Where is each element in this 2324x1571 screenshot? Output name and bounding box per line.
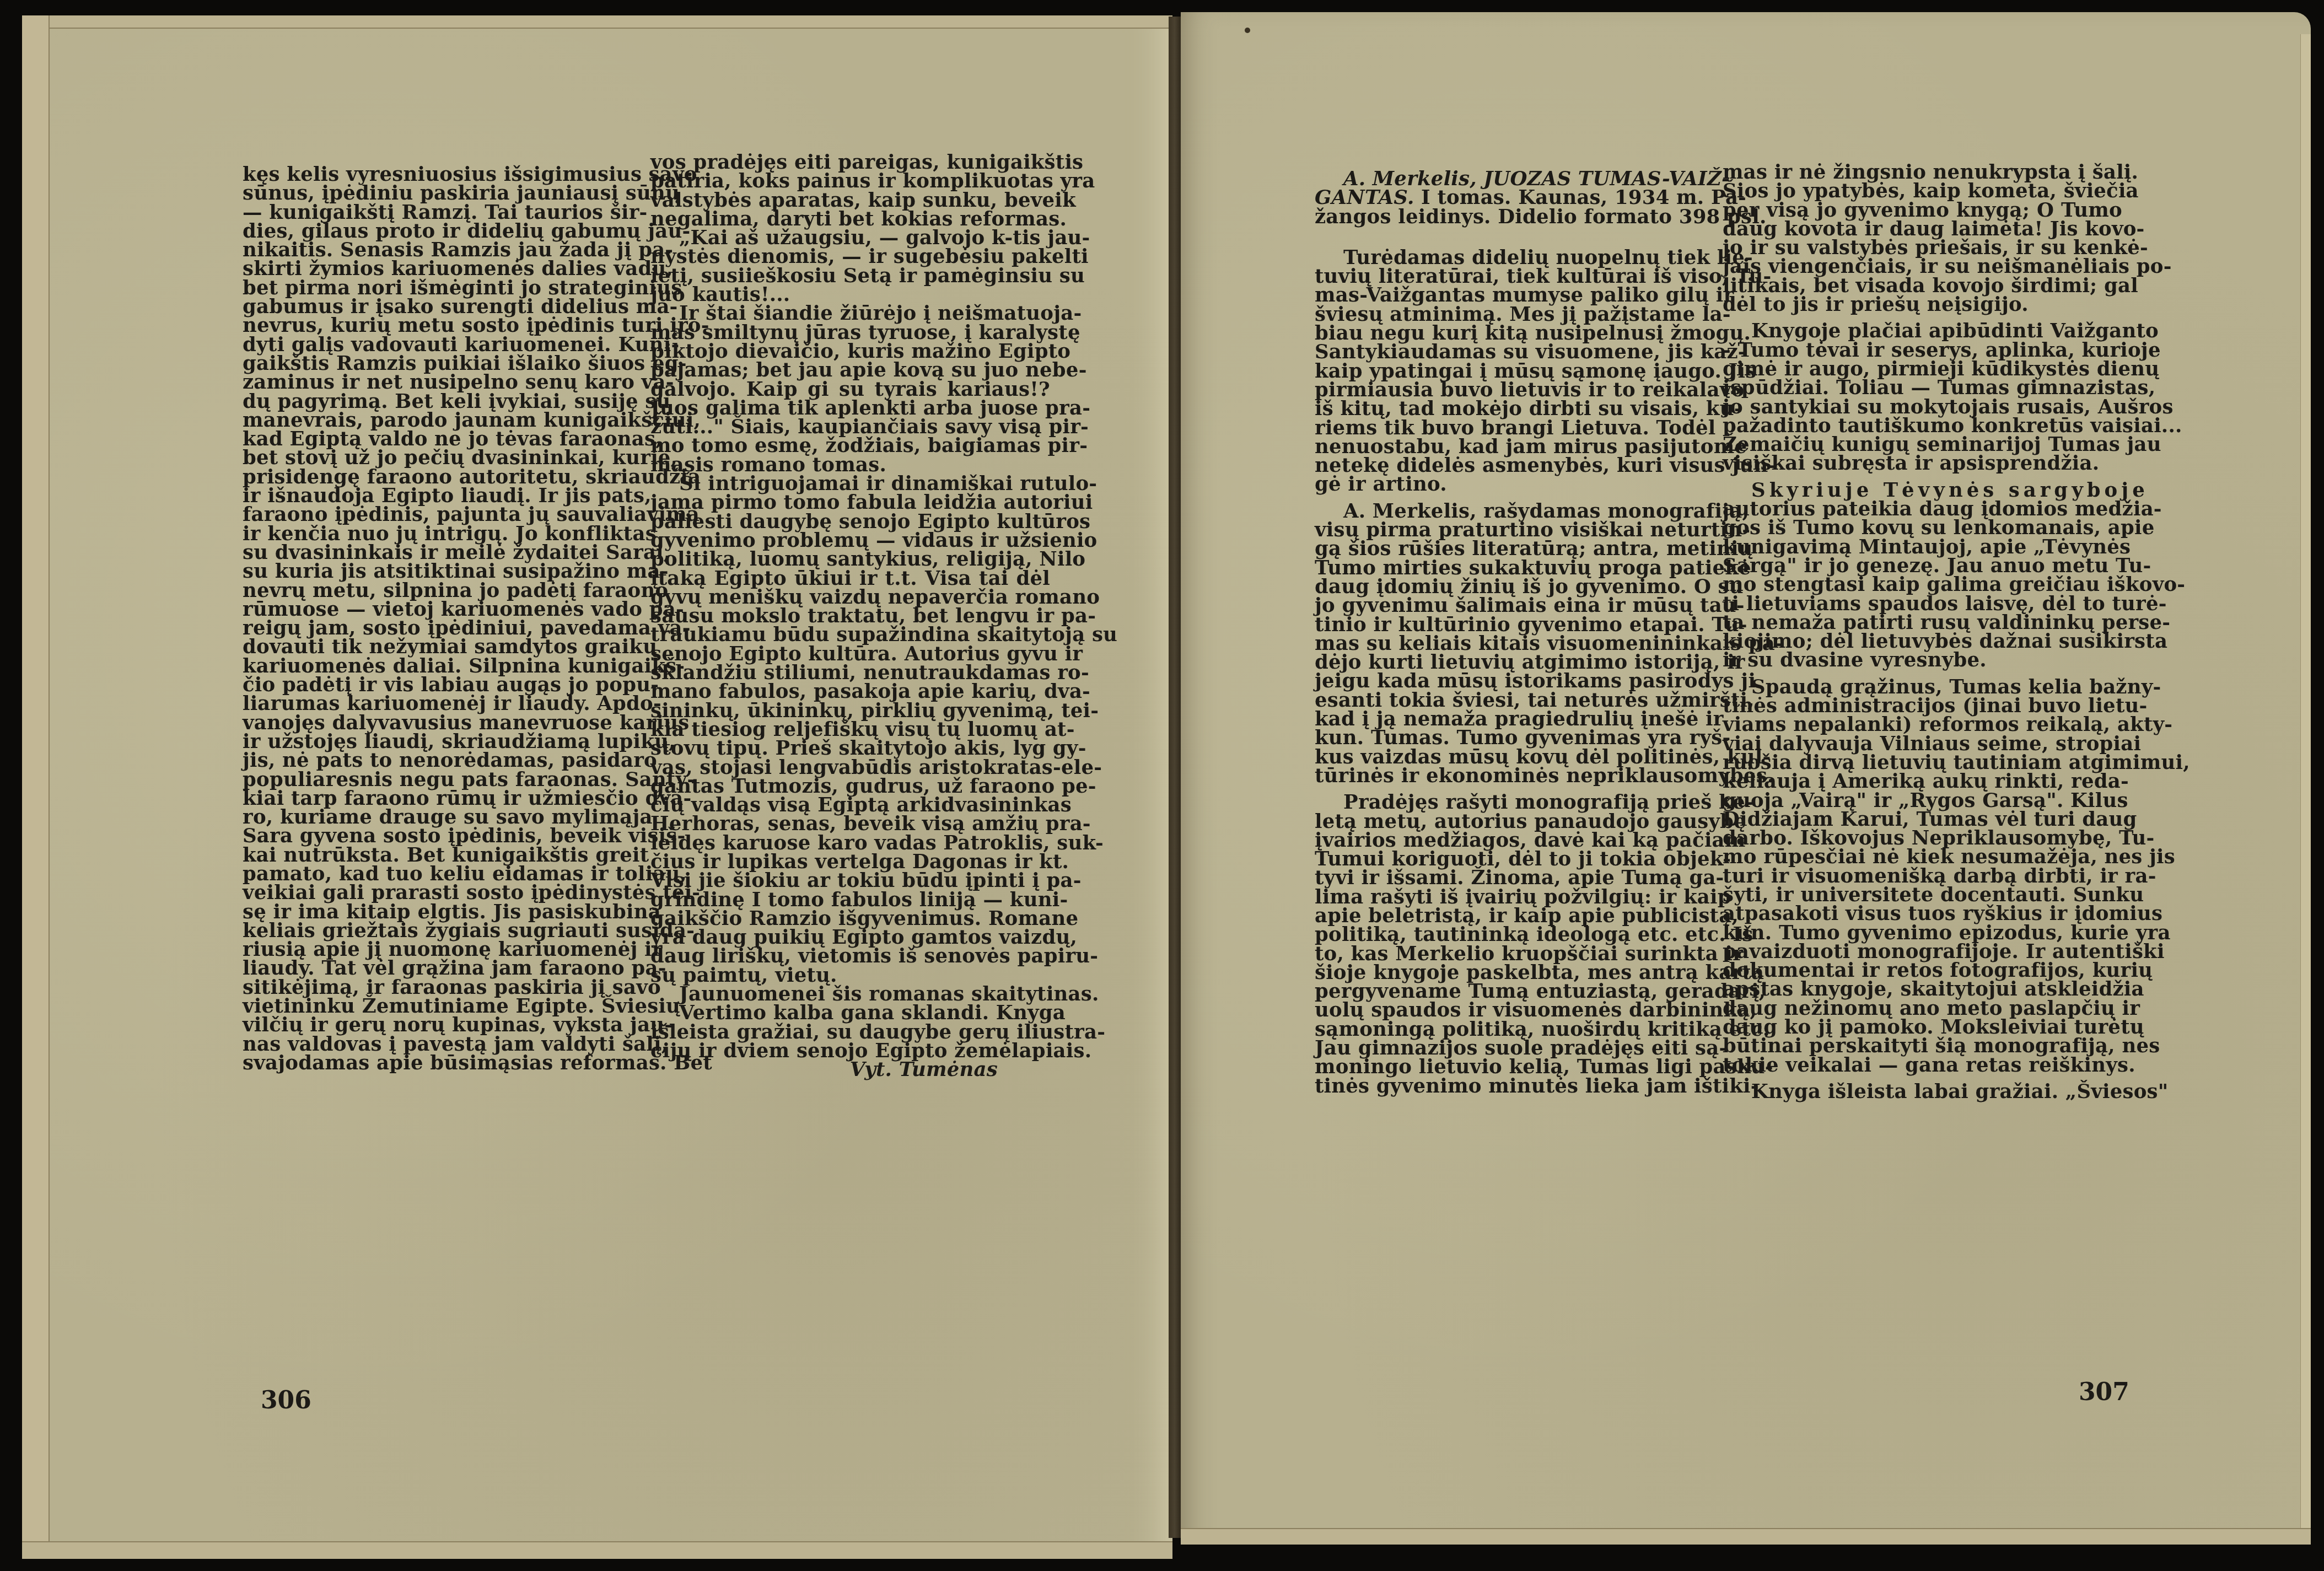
review-header-line-2: GANTAS. I tomas. Kaunas, 1934 m. Pa- [1315, 189, 1714, 207]
book-gutter [1169, 17, 1181, 1538]
text-line: Tumo mirties sukaktuvių proga patiekė [1315, 559, 1714, 578]
text-line: yra daug puikių Egipto gamtos vaizdų, [650, 928, 1050, 947]
text-line: kad į ją nemaža pragiedrulių įnešė ir [1315, 710, 1714, 729]
text-line: šyti, ir universitete docentauti. Sunku [1723, 886, 2122, 905]
text-line: Jau gimnazijos suole pradėjęs eiti są- [1315, 1039, 1714, 1058]
text-line: sūnus, įpėdiniu paskiria jauniausį sūnų [243, 184, 642, 203]
text-line: Herhoras, senas, beveik visą amžių pra- [650, 815, 1050, 833]
text-line: nevrus, kurių metu sosto įpėdinis turi į… [243, 316, 642, 335]
text-line: skirti žymios kariuomenės dalies vadu, [243, 260, 642, 278]
text-line: įtaką Egipto ūkiui ir t.t. Visa tai dėl [650, 569, 1050, 588]
text-line: zaminus ir net nusipelno senų karo va- [243, 373, 642, 392]
text-line: vas, stojasi lengvabūdis aristokratas-el… [650, 758, 1050, 777]
text-line: Skyriuje Tėvynės sargyboje [1723, 481, 2122, 500]
text-line: tūrinės ir ekonominės nepriklausomybės. [1315, 767, 1714, 785]
text-line: gantas Tutmozis, gudrus, už faraono pe- [650, 777, 1050, 796]
text-line: ir išnaudoja Egipto liaudį. Ir jis pats, [243, 487, 642, 505]
text-line: kia tiesiog reljefiškų visų tų luomų at- [650, 720, 1050, 739]
text-line: nikaitis. Senasis Ramzis jau žada jį pa- [243, 241, 642, 260]
text-line: — kunigaikštį Ramzį. Tai taurios šir- [243, 203, 642, 222]
text-line: gyvų meniškų vaizdų nepaverčia romano [650, 588, 1050, 607]
text-line: kunigavimą Mintaujoj, apie „Tėvynės [1723, 538, 2122, 557]
text-line: cijų ir dviem senojo Egipto žemėlapiais. [650, 1042, 1050, 1061]
page-number-right: 307 [2079, 1378, 2129, 1406]
text-line: įvairios medžiagos, davė kai ką pačiam [1315, 831, 1714, 850]
text-line: - Tumo tėvai ir seserys, aplinka, kurioj… [1723, 341, 2122, 360]
text-line: Sargą" ir jo genezę. Jau anuo metu Tu- [1723, 557, 2122, 575]
text-line: pirmiausia buvo lietuvis ir to reikalavo [1315, 381, 1714, 400]
text-line: dų pagyrimą. Bet keli įvykiai, susiję su [243, 392, 642, 411]
text-line: pergyvename Tumą entuziastą, geradarį, [1315, 982, 1714, 1001]
text-line: sausu mokslo traktatu, bet lengvu ir pa- [650, 607, 1050, 626]
text-line: gaikščio Ramzio išgyvenimus. Romane [650, 910, 1050, 928]
text-line: gaikštis Ramzis puikiai išlaiko šiuos eg… [243, 354, 642, 373]
text-line: daug liriškų, vietomis iš senovės papiru… [650, 947, 1050, 966]
text-line: gimė ir augo, pirmieji kūdikystės dienų [1723, 360, 2122, 379]
text-line: apie beletristą, ir kaip apie publicistą… [1315, 907, 1714, 926]
text-line: sų paimtų, vietų. [650, 966, 1050, 985]
text-line: gos iš Tumo kovų su lenkomanais, apie [1723, 519, 2122, 537]
review-signature: Vyt. Tumėnas [650, 1061, 1050, 1079]
page-edge-right [2300, 34, 2311, 1539]
text-line: čio padėtį ir vis labiau augąs jo popu- [243, 676, 642, 695]
text-line: ruošia dirvą lietuvių tautiniam atgimimu… [1723, 754, 2122, 772]
text-line: Turėdamas didelių nuopelnų tiek lie- [1315, 249, 1714, 267]
text-line: galvojo. Kaip gi su tyrais kariaus!? [650, 380, 1050, 399]
text-line: autorius pateikia daug įdomios medžia- [1723, 500, 2122, 519]
text-line: netekę didelės asmenybės, kuri visus jun… [1315, 456, 1714, 475]
text-line: jo santykiai su mokytojais rusais, Aušro… [1723, 398, 2122, 417]
text-line: Didžiajam Karui, Tumas vėl turi daug [1723, 810, 2122, 829]
text-line: jeigu kada mūsų istorikams pasirodys ji [1315, 672, 1714, 691]
paper-speck [1245, 28, 1250, 33]
text-line: nenuostabu, kad jam mirus pasijutome [1315, 438, 1714, 456]
text-line: guoja „Vairą" ir „Rygos Garsą". Kilus [1723, 792, 2122, 810]
text-line: faraono įpėdinis, pajunta jų sauvaliavim… [243, 505, 642, 524]
text-line: dokumentai ir retos fotografijos, kurių [1723, 961, 2122, 980]
text-line: esanti tokia šviesi, tai neturės užmiršt… [1315, 691, 1714, 710]
text-line: per visą jo gyvenimo knygą; O Tumo [1723, 201, 2122, 220]
text-line: patiria, koks painus ir komplikuotas yra [650, 172, 1050, 191]
text-line: Ši intriguojamai ir dinamiškai rutulo- [650, 475, 1050, 493]
text-line: Spaudą grąžinus, Tumas kelia bažny- [1723, 678, 2122, 697]
text-line: mas su keliais kitais visuomenininkais p… [1315, 634, 1714, 653]
text-line: Pradėjęs rašyti monografiją prieš ke- [1315, 793, 1714, 812]
left-column-2: vos pradėjęs eiti pareigas, kunigaikštis… [650, 153, 1050, 1080]
text-line: leidęs karuose karo vadas Patroklis, suk… [650, 834, 1050, 853]
text-line: biau negu kurį kitą nusipelnusį žmogų. [1315, 324, 1714, 343]
text-line: masis romano tomas. [650, 456, 1050, 475]
text-line: Knygoje plačiai apibūdinti Vaižganto [1723, 322, 2122, 341]
text-line: tokie veikalai — gana retas reiškinys. [1723, 1056, 2122, 1075]
text-line: apstas knygoje, skaitytojui atskleidžia [1723, 980, 2122, 999]
text-line: nevrų metu, silpnina jo padėtį faraono [243, 582, 642, 600]
text-line: daug ko jį pamoko. Moksleiviai turėtų [1723, 1018, 2122, 1037]
text-line: uolų spaudos ir visuomenės darbininką, [1315, 1001, 1714, 1020]
text-line: sklandžiu stiliumi, nenutraukdamas ro- [650, 664, 1050, 682]
text-line: pajamas; bet jau apie kovą su juo nebe- [650, 361, 1050, 380]
text-line: čių valdąs visą Egiptą arkidvasininkas [650, 796, 1050, 815]
text-line: jais viengenčiais, ir su neišmanėliais p… [1723, 257, 2122, 276]
text-line: pamato, kad tuo keliu eidamas ir toliau, [243, 865, 642, 884]
right-column-1-body: Turėdamas didelių nuopelnų tiek lie-tuvi… [1315, 249, 1714, 1096]
text-line: mo rūpesčiai nė kiek nesumažėja, nes jis [1723, 848, 2122, 867]
text-line: gyvenimo problemų — vidaus ir užsienio [650, 531, 1050, 550]
text-line: moningo lietuvio kelią, Tumas ligi pasku… [1315, 1058, 1714, 1077]
review-header-line-1: A. Merkelis, JUOZAS TUMAS-VAIŽ- [1315, 170, 1714, 189]
text-line: ir užstojęs liaudį, skriaudžiamą lupikų, [243, 733, 642, 751]
text-line: vanojęs dalyvavusius manevruose karius [243, 714, 642, 733]
text-line: pažadinto tautiškumo konkretūs vaisiai..… [1723, 417, 2122, 435]
text-line: piktojo dievaičio, kuris mažino Egipto [650, 342, 1050, 361]
text-line: letą metų, autorius panaudojo gausybę [1315, 813, 1714, 831]
text-line: kus vaizdas mūsų kovų dėl politinės, kul… [1315, 748, 1714, 767]
text-line: „Kai aš užaugsiu, — galvojo k-tis jau- [650, 229, 1050, 248]
text-line: prisidengę faraono autoritetu, skriaudži… [243, 468, 642, 487]
text-line: gabumus ir įsako surengti didelius ma- [243, 298, 642, 316]
text-line: kiai tarp faraono rūmų ir užmiesčio dva- [243, 789, 642, 808]
text-line: Vertimo kalba gana sklandi. Knyga [650, 1004, 1050, 1023]
text-line: mo stengtasi kaip galima greičiau iškovo… [1723, 575, 2122, 594]
text-line: būtinai perskaityti šią monografiją, nes [1723, 1037, 2122, 1056]
text-line: Jaunuomenei šis romanas skaitytinas. [650, 985, 1050, 1004]
text-line: ir su dvasine vyresnybe. [1723, 651, 2122, 670]
text-line: jama pirmo tomo fabula leidžia autoriui [650, 493, 1050, 512]
text-line: riems tik buvo brangi Lietuva. Todėl [1315, 419, 1714, 438]
text-line: gą šios rūšies literatūrą; antra, metini… [1315, 540, 1714, 558]
right-column-1: A. Merkelis, JUOZAS TUMAS-VAIŽ- GANTAS. … [1315, 170, 1714, 1096]
text-line: svajodamas apie būsimąsias reformas. Bet [243, 1054, 642, 1073]
text-line: visų pirma praturtino visiškai neturtin- [1315, 521, 1714, 540]
text-line: politiką, luomų santykius, religiją, Nil… [650, 550, 1050, 569]
text-line: kęs kelis vyresniuosius išsigimusius sav… [243, 165, 642, 184]
text-line: visiškai subręsta ir apsisprendžia. [1723, 454, 2122, 473]
text-line: stovų tipų. Prieš skaitytojo akis, lyg g… [650, 739, 1050, 758]
text-line: vos pradėjęs eiti pareigas, kunigaikštis [650, 153, 1050, 172]
text-line: kiojimo; dėl lietuvybės dažnai susikirst… [1723, 632, 2122, 651]
text-line: iš kitų, tad mokėjo dirbti su visais, ku… [1315, 400, 1714, 418]
text-line: vilčių ir gerų norų kupinas, vyksta jau- [243, 1016, 642, 1035]
text-line: senojo Egipto kultūra. Autorius gyvu ir [650, 645, 1050, 664]
text-line: atpasakoti visus tuos ryškius ir įdomius [1723, 905, 2122, 923]
text-line: to, kas Merkelio kruopščiai surinkta ir [1315, 945, 1714, 964]
text-line: litikais, bet visada kovojo širdimi; gal [1723, 277, 2122, 295]
text-line: nas valdovas į pavestą jam valdyti šalį, [243, 1035, 642, 1054]
text-line: liaudy. Tat vėl grąžina jam faraono pa- [243, 959, 642, 978]
text-line: išleista gražiai, su daugybe gerų iliust… [650, 1023, 1050, 1042]
text-line: mas smiltynų jūras tyruose, į karalystę [650, 324, 1050, 342]
text-line: dėjo kurti lietuvių atgimimo istoriją, i… [1315, 653, 1714, 672]
text-line: viams nepalanki) reformos reikalą, akty- [1723, 715, 2122, 734]
text-line: veikiai gali prarasti sosto įpėdinystės … [243, 884, 642, 902]
text-line: šioje knygoje paskelbta, mes antrą kartą [1315, 964, 1714, 982]
text-line: ietį, susiieškosiu Setą ir pamėginsiu su [650, 267, 1050, 286]
text-line: sininkų, ūkininkų, pirklių gyvenimą, tei… [650, 702, 1050, 720]
text-line: reigų jam, sosto įpėdiniui, pavedama va- [243, 619, 642, 638]
text-line: ro, kuriame drauge su savo mylimąja [243, 808, 642, 827]
review-header-line-3: žangos leidinys. Didelio formato 398 psl… [1315, 208, 1714, 227]
text-line: negalima, daryti bet kokias reformas. [650, 210, 1050, 229]
text-line: paliesti daugybę senojo Egipto kultūros [650, 513, 1050, 531]
text-line: jo ir su valstybės priešais, ir su kenkė… [1723, 239, 2122, 257]
text-line: jo gyvenimu šalimais eina ir mūsų tau- [1315, 596, 1714, 615]
text-line: politiką, tautininką ideologą etc. etc. … [1315, 926, 1714, 944]
text-line: Juos galima tik aplenkti arba juose pra- [650, 399, 1050, 418]
text-line: Šios jo ypatybės, kaip kometa, šviečia [1723, 182, 2122, 201]
text-line: populiaresnis negu pats faraonas. Santy- [243, 771, 642, 789]
text-line: dėl to jis ir priešų neįsigijo. [1723, 295, 2122, 314]
page-number-left: 306 [261, 1386, 311, 1414]
text-line: kariuomenės daliai. Silpnina kunigaikš- [243, 657, 642, 676]
text-line: Knyga išleista labai gražiai. „Šviesos" [1723, 1083, 2122, 1101]
text-line: mas-Vaižgantas mumyse paliko gilų ir [1315, 286, 1714, 305]
text-line: čius ir lupikas vertelga Dagonas ir kt. [650, 853, 1050, 871]
text-line: gė ir artino. [1315, 475, 1714, 494]
text-line: daug įdomių žinių iš jo gyvenimo. O su [1315, 578, 1714, 596]
text-line: ir kenčia nuo jų intrigų. Jo konfliktas [243, 525, 642, 544]
text-line: Visi jie šiokiu ar tokiu būdu įpinti į p… [650, 871, 1050, 890]
text-line: traukiamu būdu supažindina skaitytoją su [650, 626, 1050, 644]
text-line: kun. Tumas. Tumo gyvenimas yra ryš- [1315, 729, 1714, 747]
text-line: Santykiaudamas su visuomene, jis kaž- [1315, 343, 1714, 362]
text-line: tuvių literatūrai, tiek kultūrai iš viso… [1315, 267, 1714, 286]
text-line: kaip ypatingai į mūsų sąmonę įaugo. Jis [1315, 362, 1714, 381]
text-line: sę ir ima kitaip elgtis. Jis pasiskubina [243, 903, 642, 922]
text-line: bet pirma nori išmėginti jo strateginius [243, 279, 642, 298]
text-line: liarumas kariuomenėj ir liaudy. Apdo- [243, 695, 642, 713]
right-column-2: mas ir nė žingsnio nenukrypsta į šalį.Ši… [1723, 163, 2122, 1101]
text-line: tinės administracijos (jinai buvo lietu- [1723, 697, 2122, 715]
text-line: manevrais, parodo jaunam kunigaikščiui, [243, 411, 642, 430]
text-line: pavaizduoti monografijoje. Ir autentiški [1723, 943, 2122, 961]
text-line: kad Egiptą valdo ne jo tėvas faraonas, [243, 430, 642, 449]
text-line: keliauja į Ameriką aukų rinkti, reda- [1723, 772, 2122, 791]
text-line: žūti..." Šiais, kaupiančiais savy visą p… [650, 418, 1050, 437]
text-line: grindinę I tomo fabulos liniją — kuni- [650, 891, 1050, 910]
text-line: ta nemaža patirti rusų valdininkų perse- [1723, 614, 2122, 632]
text-line: vietininku Žemutiniame Egipte. Šviesių [243, 997, 642, 1016]
text-line: nystės dienomis, — ir sugebėsiu pakelti [650, 248, 1050, 266]
text-line: Sara gyvena sosto įpėdinis, beveik visiš… [243, 827, 642, 846]
text-line: A. Merkelis, rašydamas monografiją, [1315, 502, 1714, 521]
text-line: daug nežinomų ano meto paslapčių ir [1723, 999, 2122, 1018]
text-line: sąmoningą politiką, nuoširdų kritiką etc… [1315, 1020, 1714, 1039]
text-line: sitikėjimą, ir faraonas paskiria jį savo [243, 978, 642, 997]
text-line: kun. Tumo gyvenimo epizodus, kurie yra [1723, 924, 2122, 943]
text-line: su kuria jis atsitiktinai susipažino ma- [243, 562, 642, 581]
text-line: Ir štai šiandie žiūrėjo į neišmatuoja- [650, 304, 1050, 323]
left-column-1: kęs kelis vyresniuosius išsigimusius sav… [243, 165, 642, 1073]
text-line: bet stovį už jo pečių dvasininkai, kurie… [243, 449, 642, 467]
text-line: dies, gilaus proto ir didelių gabumų jau… [243, 222, 642, 241]
text-line: darbo. Iškovojus Nepriklausomybę, Tu- [1723, 829, 2122, 848]
text-line: turi ir visuomenišką darbą dirbti, ir ra… [1723, 867, 2122, 886]
text-line: jis, nė pats to nenorėdamas, pasidaro [243, 751, 642, 770]
text-line: riusią apie jį nuomonę kariuomenėj ir [243, 940, 642, 959]
page-edge-left [22, 15, 50, 1559]
text-line: mano fabulos, pasakoja apie karių, dva- [650, 682, 1050, 701]
text-line: ti lietuviams spaudos laisvę, dėl to tur… [1723, 595, 2122, 614]
page-edge-top [22, 15, 1172, 29]
text-line: lima rašyti iš įvairių požvilgių: ir kai… [1315, 888, 1714, 907]
page-edge-bottom [22, 1541, 1172, 1559]
text-line: dyti galįs vadovauti kariuomenei. Kuni- [243, 336, 642, 354]
text-line: juo kautis!... [650, 286, 1050, 304]
text-line: šviesų atminimą. Mes jį pažįstame la- [1315, 305, 1714, 324]
text-line: mo tomo esmę, žodžiais, baigiamas pir- [650, 437, 1050, 455]
text-line: tinės gyvenimo minutės lieka jam ištiki- [1315, 1077, 1714, 1096]
text-line: viai dalyvauja Vilniaus seime, stropiai [1723, 735, 2122, 754]
page-edge-bottom [1181, 1528, 2311, 1545]
text-line: įspūdžiai. Toliau — Tumas gimnazistas, [1723, 379, 2122, 397]
text-line: dovauti tik nežymiai samdytos graikų [243, 638, 642, 657]
text-line: keliais griežtais žygiais sugriauti susi… [243, 922, 642, 940]
text-line: tyvi ir išsami. Žinoma, apie Tumą ga- [1315, 869, 1714, 887]
text-line: su dvasininkais ir meilė žydaitei Sarai, [243, 544, 642, 562]
text-line: valstybės aparatas, kaip sunku, beveik [650, 191, 1050, 210]
text-line: tinio ir kultūrinio gyvenimo etapai. Tu- [1315, 616, 1714, 634]
text-line: rūmuose — vietoj kariuomenės vado pa- [243, 600, 642, 619]
text-line: Žemaičių kunigų seminarijoj Tumas jau [1723, 435, 2122, 454]
text-line: kai nutrūksta. Bet kunigaikštis greit [243, 846, 642, 865]
text-line: daug kovota ir daug laimėta! Jis kovo- [1723, 220, 2122, 239]
